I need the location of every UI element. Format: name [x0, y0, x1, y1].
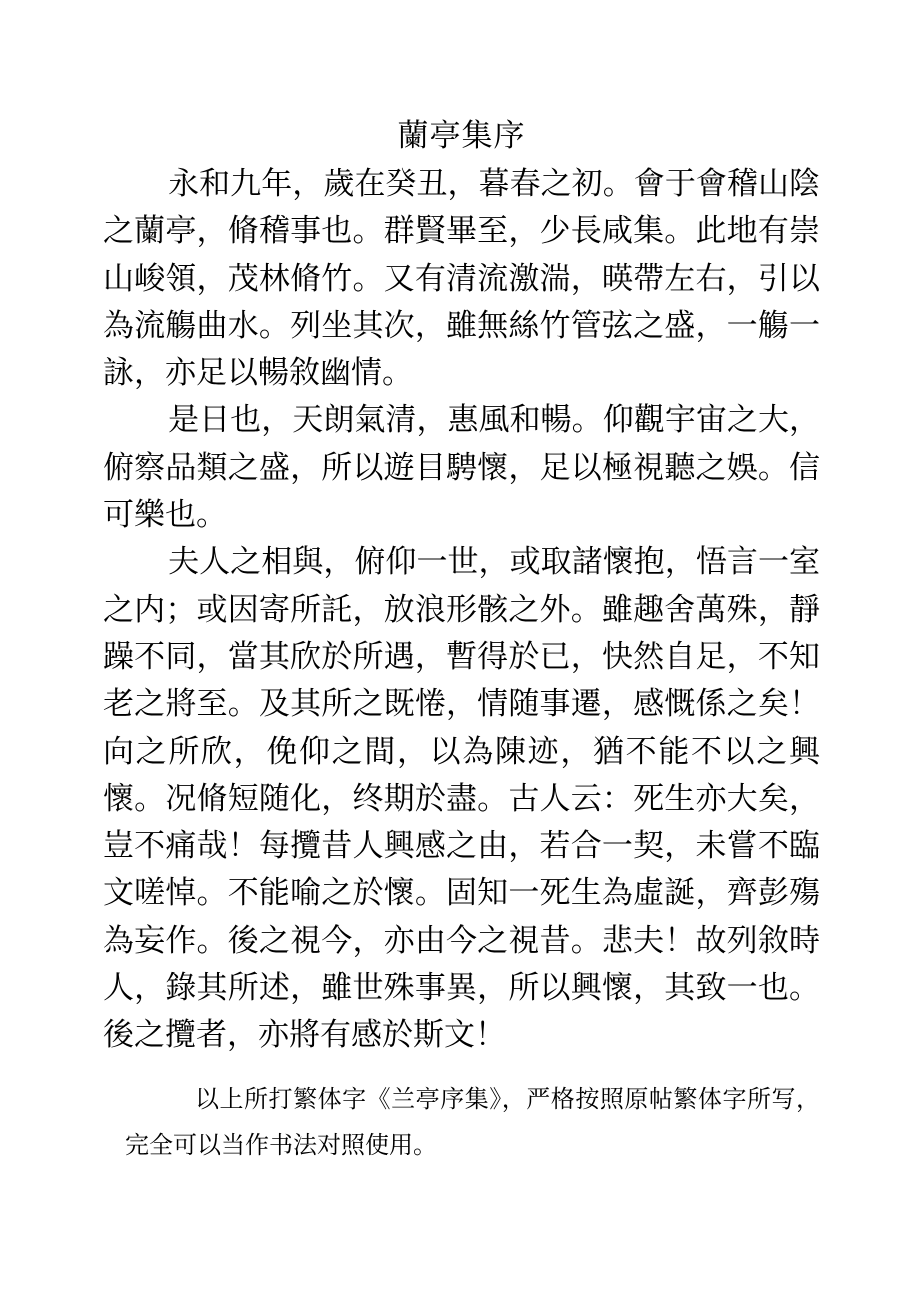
paragraph: 永和九年，歲在癸丑，暮春之初。會于會稽山陰之蘭亭，脩稽事也。群賢畢至，少長咸集。…	[103, 160, 820, 396]
document-page: 蘭亭集序 永和九年，歲在癸丑，暮春之初。會于會稽山陰之蘭亭，脩稽事也。群賢畢至，…	[0, 0, 920, 1302]
document-body: 永和九年，歲在癸丑，暮春之初。會于會稽山陰之蘭亭，脩稽事也。群賢畢至，少長咸集。…	[103, 160, 820, 1059]
document-title: 蘭亭集序	[103, 112, 820, 160]
footnote-text: 以上所打繁体字《兰亭序集》，严格按照原帖繁体字所写，完全可以当作书法对照使用。	[125, 1077, 820, 1169]
paragraph: 是日也，天朗氣清，惠風和暢。仰觀宇宙之大，俯察品類之盛，所以遊目騁懷，足以極視聽…	[103, 396, 820, 538]
paragraph: 夫人之相與，俯仰一世，或取諸懷抱，悟言一室之内；或因寄所託，放浪形骸之外。雖趣舍…	[103, 538, 820, 1058]
